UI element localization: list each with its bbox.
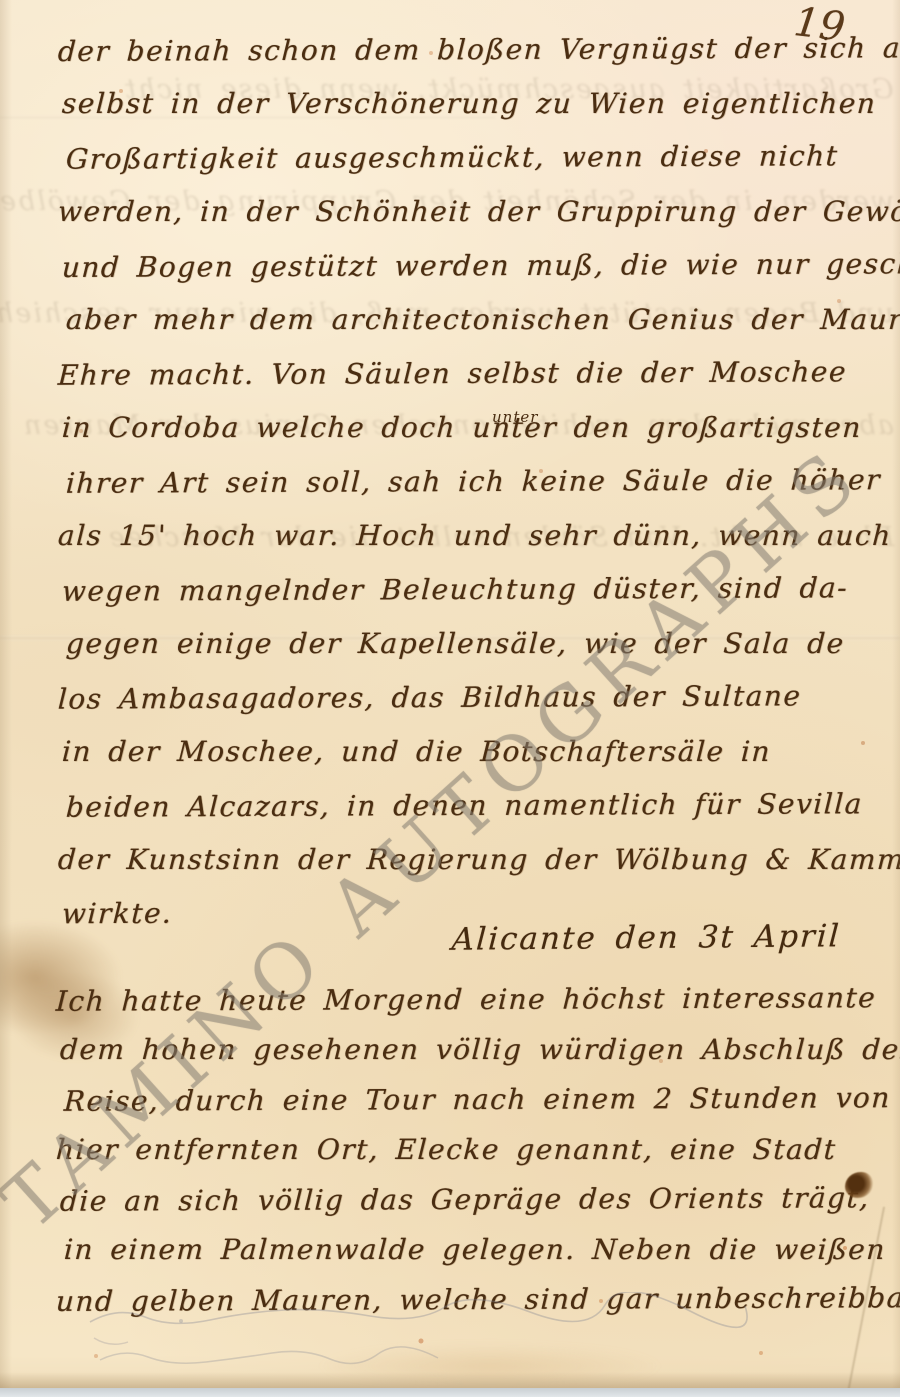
- paper-bottom-edge: [0, 1372, 900, 1388]
- handwritten-line: gegen einige der Kapellensäle, wie der S…: [65, 630, 845, 658]
- handwritten-line: in Cordoba welche doch unter den großart…: [61, 414, 862, 442]
- handwritten-line: werden, in der Schönheit der Gruppirung …: [57, 198, 900, 226]
- handwritten-line: Ehre macht. Von Säulen selbst die der Mo…: [57, 358, 847, 389]
- scan-edge-left: [0, 0, 12, 1397]
- handwritten-line: in einem Palmenwalde gelegen. Neben die …: [63, 1236, 886, 1264]
- scan-edge-right: [892, 0, 900, 1397]
- scanner-background-strip: [0, 1388, 900, 1397]
- handwritten-line: in der Moschee, und die Botschaftersäle …: [61, 738, 771, 766]
- manuscript-page: Großartigkeit ausgeschmückt, wenn diese …: [0, 0, 900, 1397]
- handwritten-line: wirkte.: [61, 900, 173, 928]
- handwritten-line: und Bogen gestützt werden muß, die wie n…: [61, 250, 900, 282]
- dateline: Alicante den 3t April: [451, 918, 842, 957]
- interline-insertion: unter: [492, 408, 538, 426]
- handwritten-line: selbst in der Verschönerung zu Wien eige…: [61, 90, 877, 118]
- handwritten-line: der beinah schon dem bloßen Vergnügst de…: [57, 34, 900, 66]
- handwritten-line: aber mehr dem architectonischen Genius d…: [65, 306, 900, 334]
- handwritten-line: los Ambasagadores, das Bildhaus der Sult…: [57, 682, 802, 713]
- handwritten-line: hier entfernten Ort, Elecke genannt, ein…: [55, 1136, 837, 1164]
- handwritten-line: Großartigkeit ausgeschmückt, wenn diese …: [65, 142, 839, 173]
- handwritten-line: die an sich völlig das Gepräge des Orien…: [59, 1184, 870, 1216]
